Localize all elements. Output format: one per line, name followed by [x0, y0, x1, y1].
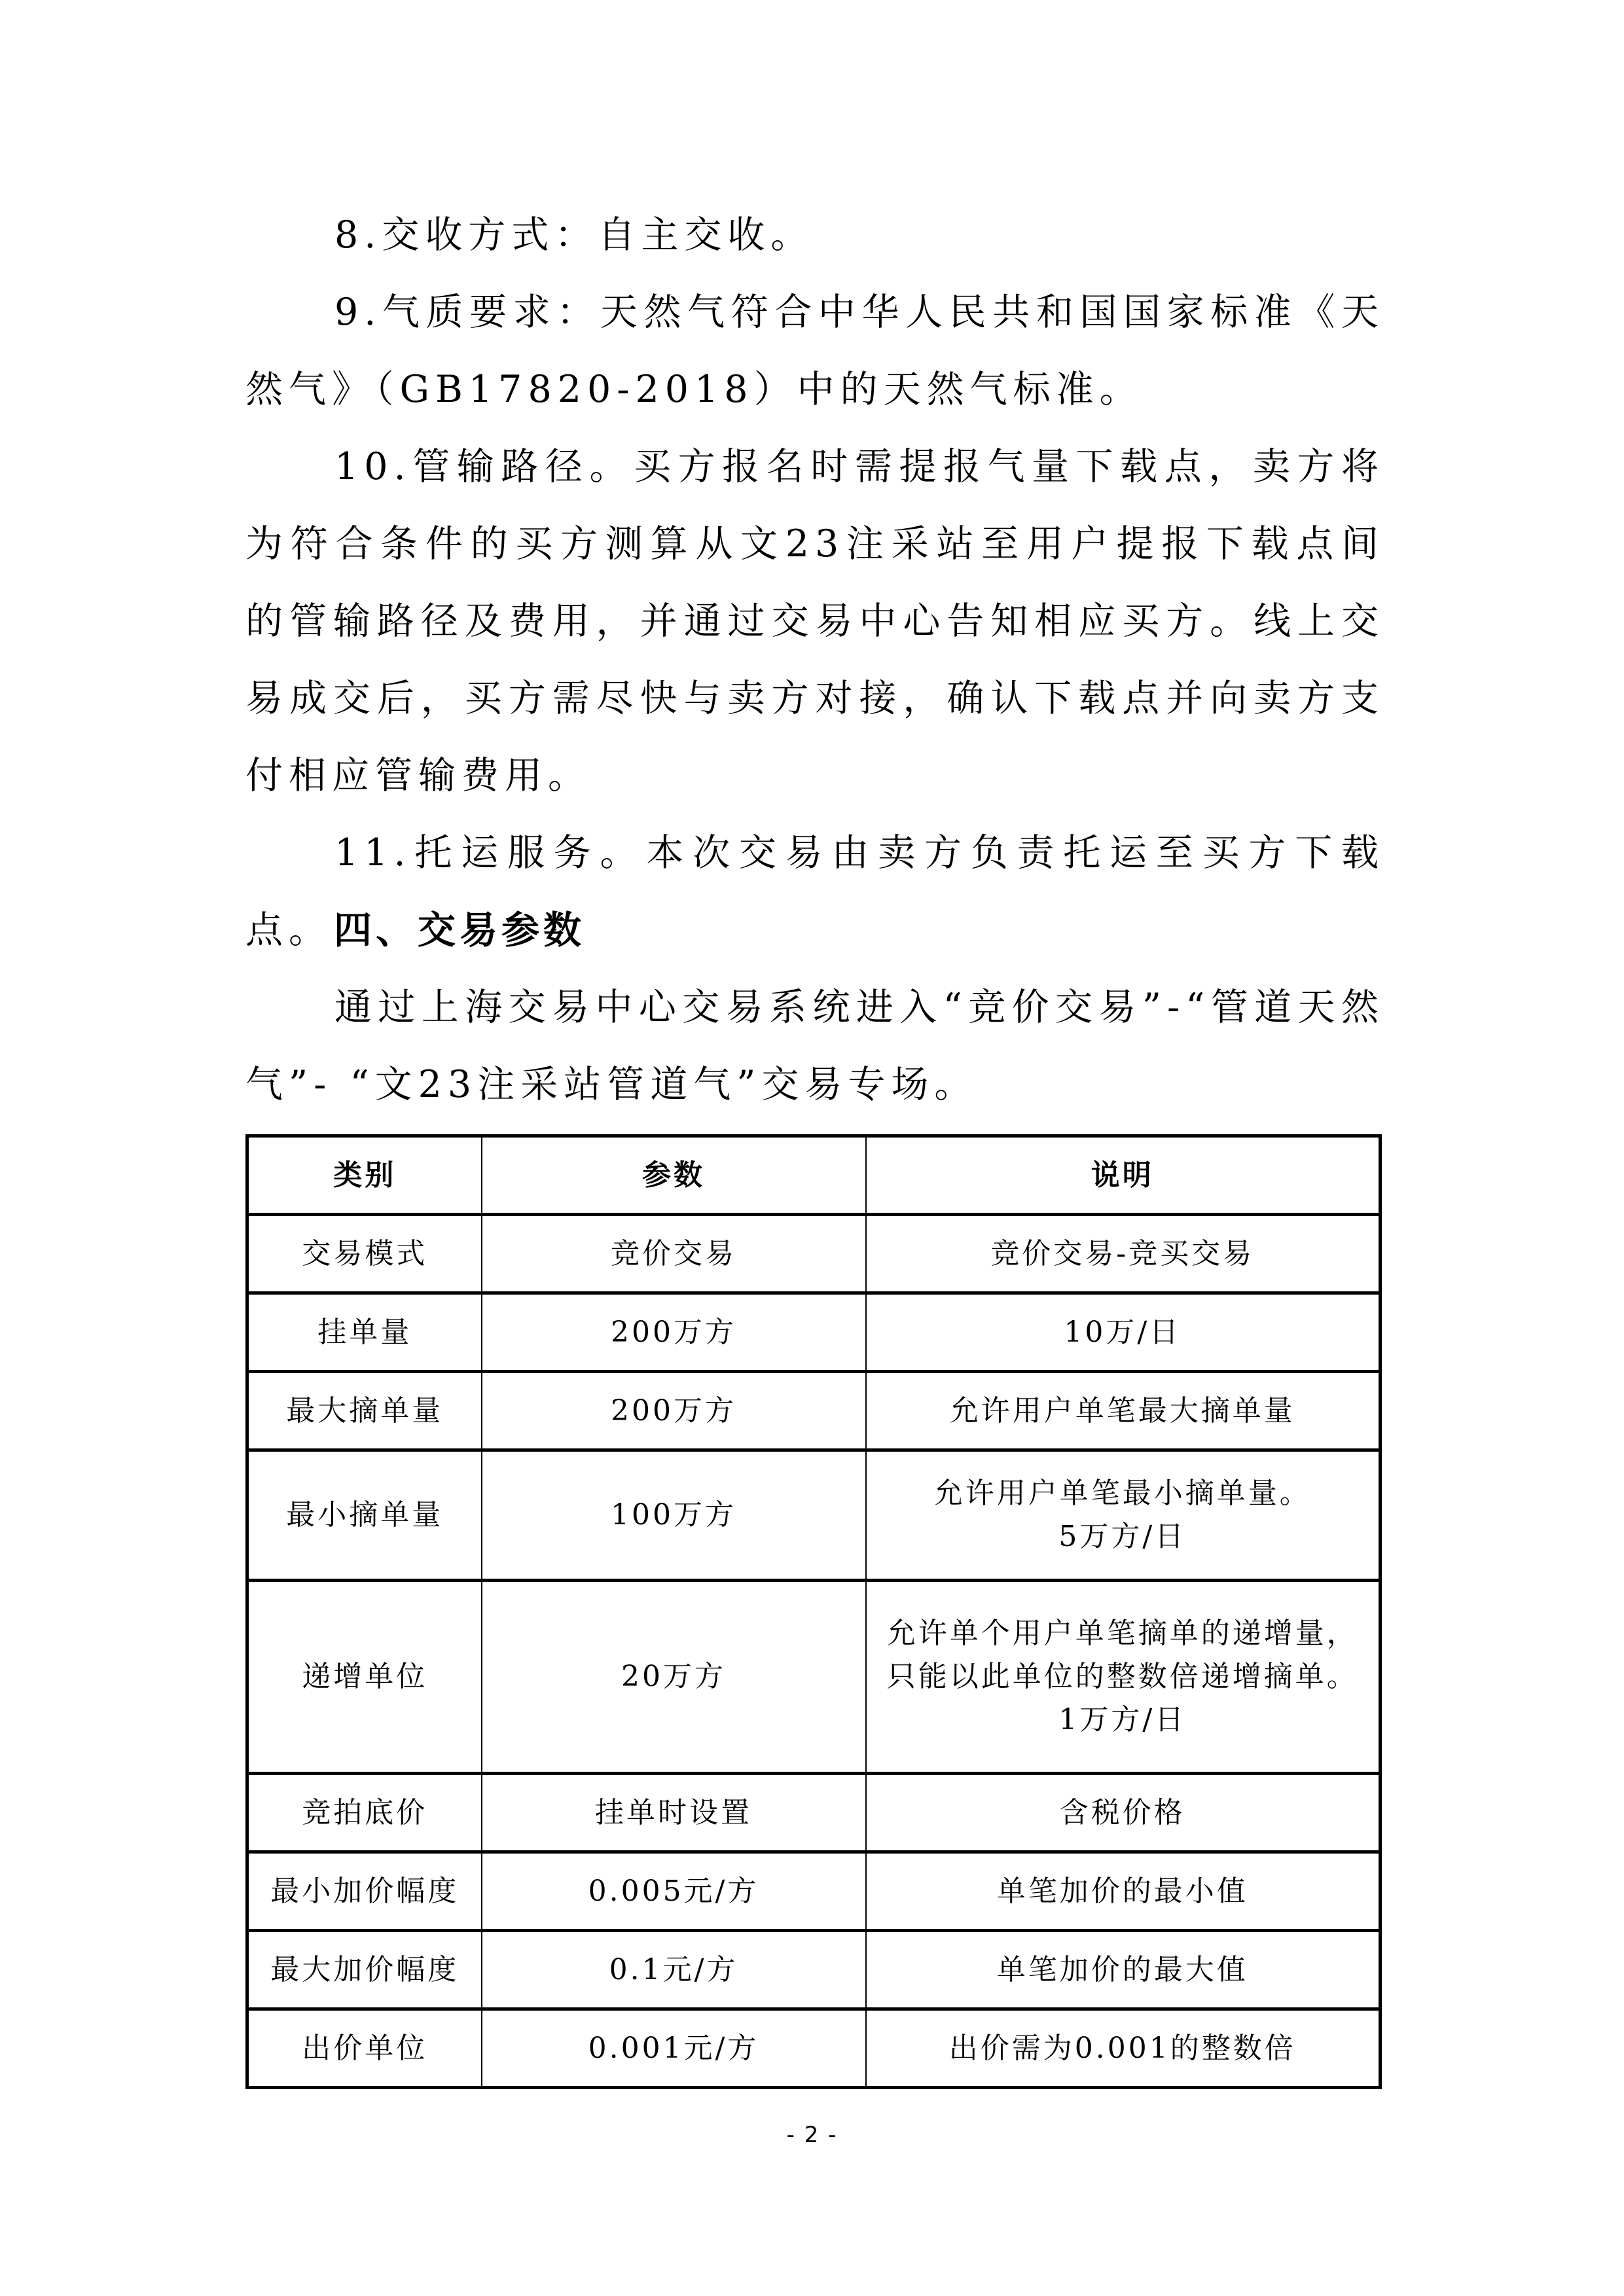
- cell-category: 最小摘单量: [247, 1450, 482, 1581]
- cell-desc: 单笔加价的最大值: [866, 1931, 1380, 2009]
- cell-param: 挂单时设置: [482, 1774, 866, 1852]
- cell-desc-line: 只能以此单位的整数倍递增摘单。: [872, 1655, 1374, 1698]
- header-description: 说明: [866, 1136, 1380, 1215]
- paragraph-gas-quality: 9.气质要求：天然气符合中华人民共和国国家标准《天然气》（GB17820-201…: [245, 274, 1384, 428]
- cell-desc-line: 5万方/日: [872, 1515, 1374, 1558]
- table-header-row: 类别 参数 说明: [247, 1136, 1380, 1215]
- paragraph-pipeline-route: 10.管输路径。买方报名时需提报气量下载点，卖方将为符合条件的买方测算从文23注…: [245, 428, 1384, 814]
- cell-param: 0.005元/方: [482, 1852, 866, 1931]
- table-row: 最大加价幅度 0.1元/方 单笔加价的最大值: [247, 1931, 1380, 2009]
- section-heading: 四、交易参数: [334, 891, 585, 969]
- cell-category: 交易模式: [247, 1215, 482, 1293]
- cell-desc-line: 允许用户单笔最小摘单量。: [872, 1472, 1374, 1515]
- cell-desc: 允许用户单笔最大摘单量: [866, 1372, 1380, 1450]
- cell-category: 出价单位: [247, 2009, 482, 2088]
- cell-param: 20万方: [482, 1581, 866, 1774]
- page-number: - 2 -: [0, 2122, 1624, 2148]
- header-parameter: 参数: [482, 1136, 866, 1215]
- cell-category: 竞拍底价: [247, 1774, 482, 1852]
- table-row: 最小摘单量 100万方 允许用户单笔最小摘单量。 5万方/日: [247, 1450, 1380, 1581]
- table-row: 挂单量 200万方 10万/日: [247, 1293, 1380, 1372]
- cell-param: 0.001元/方: [482, 2009, 866, 2088]
- trading-parameters-table: 类别 参数 说明 交易模式 竞价交易 竞价交易-竞买交易 挂单量 200万方 1…: [245, 1134, 1382, 2089]
- cell-desc-line: 1万方/日: [872, 1698, 1374, 1742]
- cell-desc: 允许单个用户单笔摘单的递增量， 只能以此单位的整数倍递增摘单。 1万方/日: [866, 1581, 1380, 1774]
- table-row: 最小加价幅度 0.005元/方 单笔加价的最小值: [247, 1852, 1380, 1931]
- cell-param: 200万方: [482, 1372, 866, 1450]
- cell-param: 100万方: [482, 1450, 866, 1581]
- cell-param: 竞价交易: [482, 1215, 866, 1293]
- table-row: 竞拍底价 挂单时设置 含税价格: [247, 1774, 1380, 1852]
- cell-desc: 含税价格: [866, 1774, 1380, 1852]
- cell-desc: 10万/日: [866, 1293, 1380, 1372]
- table-row: 出价单位 0.001元/方 出价需为0.001的整数倍: [247, 2009, 1380, 2088]
- cell-category: 递增单位: [247, 1581, 482, 1774]
- cell-category: 挂单量: [247, 1293, 482, 1372]
- cell-category: 最大加价幅度: [247, 1931, 482, 2009]
- cell-category: 最大摘单量: [247, 1372, 482, 1450]
- cell-desc-line: 允许单个用户单笔摘单的递增量，: [872, 1612, 1374, 1655]
- cell-param: 200万方: [482, 1293, 866, 1372]
- cell-desc: 单笔加价的最小值: [866, 1852, 1380, 1931]
- cell-category: 最小加价幅度: [247, 1852, 482, 1931]
- document-page: 8.交收方式：自主交收。 9.气质要求：天然气符合中华人民共和国国家标准《天然气…: [0, 0, 1624, 2296]
- table-row: 交易模式 竞价交易 竞价交易-竞买交易: [247, 1215, 1380, 1293]
- paragraph-intro: 通过上海交易中心交易系统进入“竞价交易”-“管道天然气”- “文23注采站管道气…: [245, 969, 1384, 1123]
- cell-param: 0.1元/方: [482, 1931, 866, 2009]
- cell-desc: 允许用户单笔最小摘单量。 5万方/日: [866, 1450, 1380, 1581]
- cell-desc: 竞价交易-竞买交易: [866, 1215, 1380, 1293]
- cell-desc: 出价需为0.001的整数倍: [866, 2009, 1380, 2088]
- header-category: 类别: [247, 1136, 482, 1215]
- table-row: 最大摘单量 200万方 允许用户单笔最大摘单量: [247, 1372, 1380, 1450]
- table-row: 递增单位 20万方 允许单个用户单笔摘单的递增量， 只能以此单位的整数倍递增摘单…: [247, 1581, 1380, 1774]
- paragraph-delivery-method: 8.交收方式：自主交收。: [245, 196, 1384, 274]
